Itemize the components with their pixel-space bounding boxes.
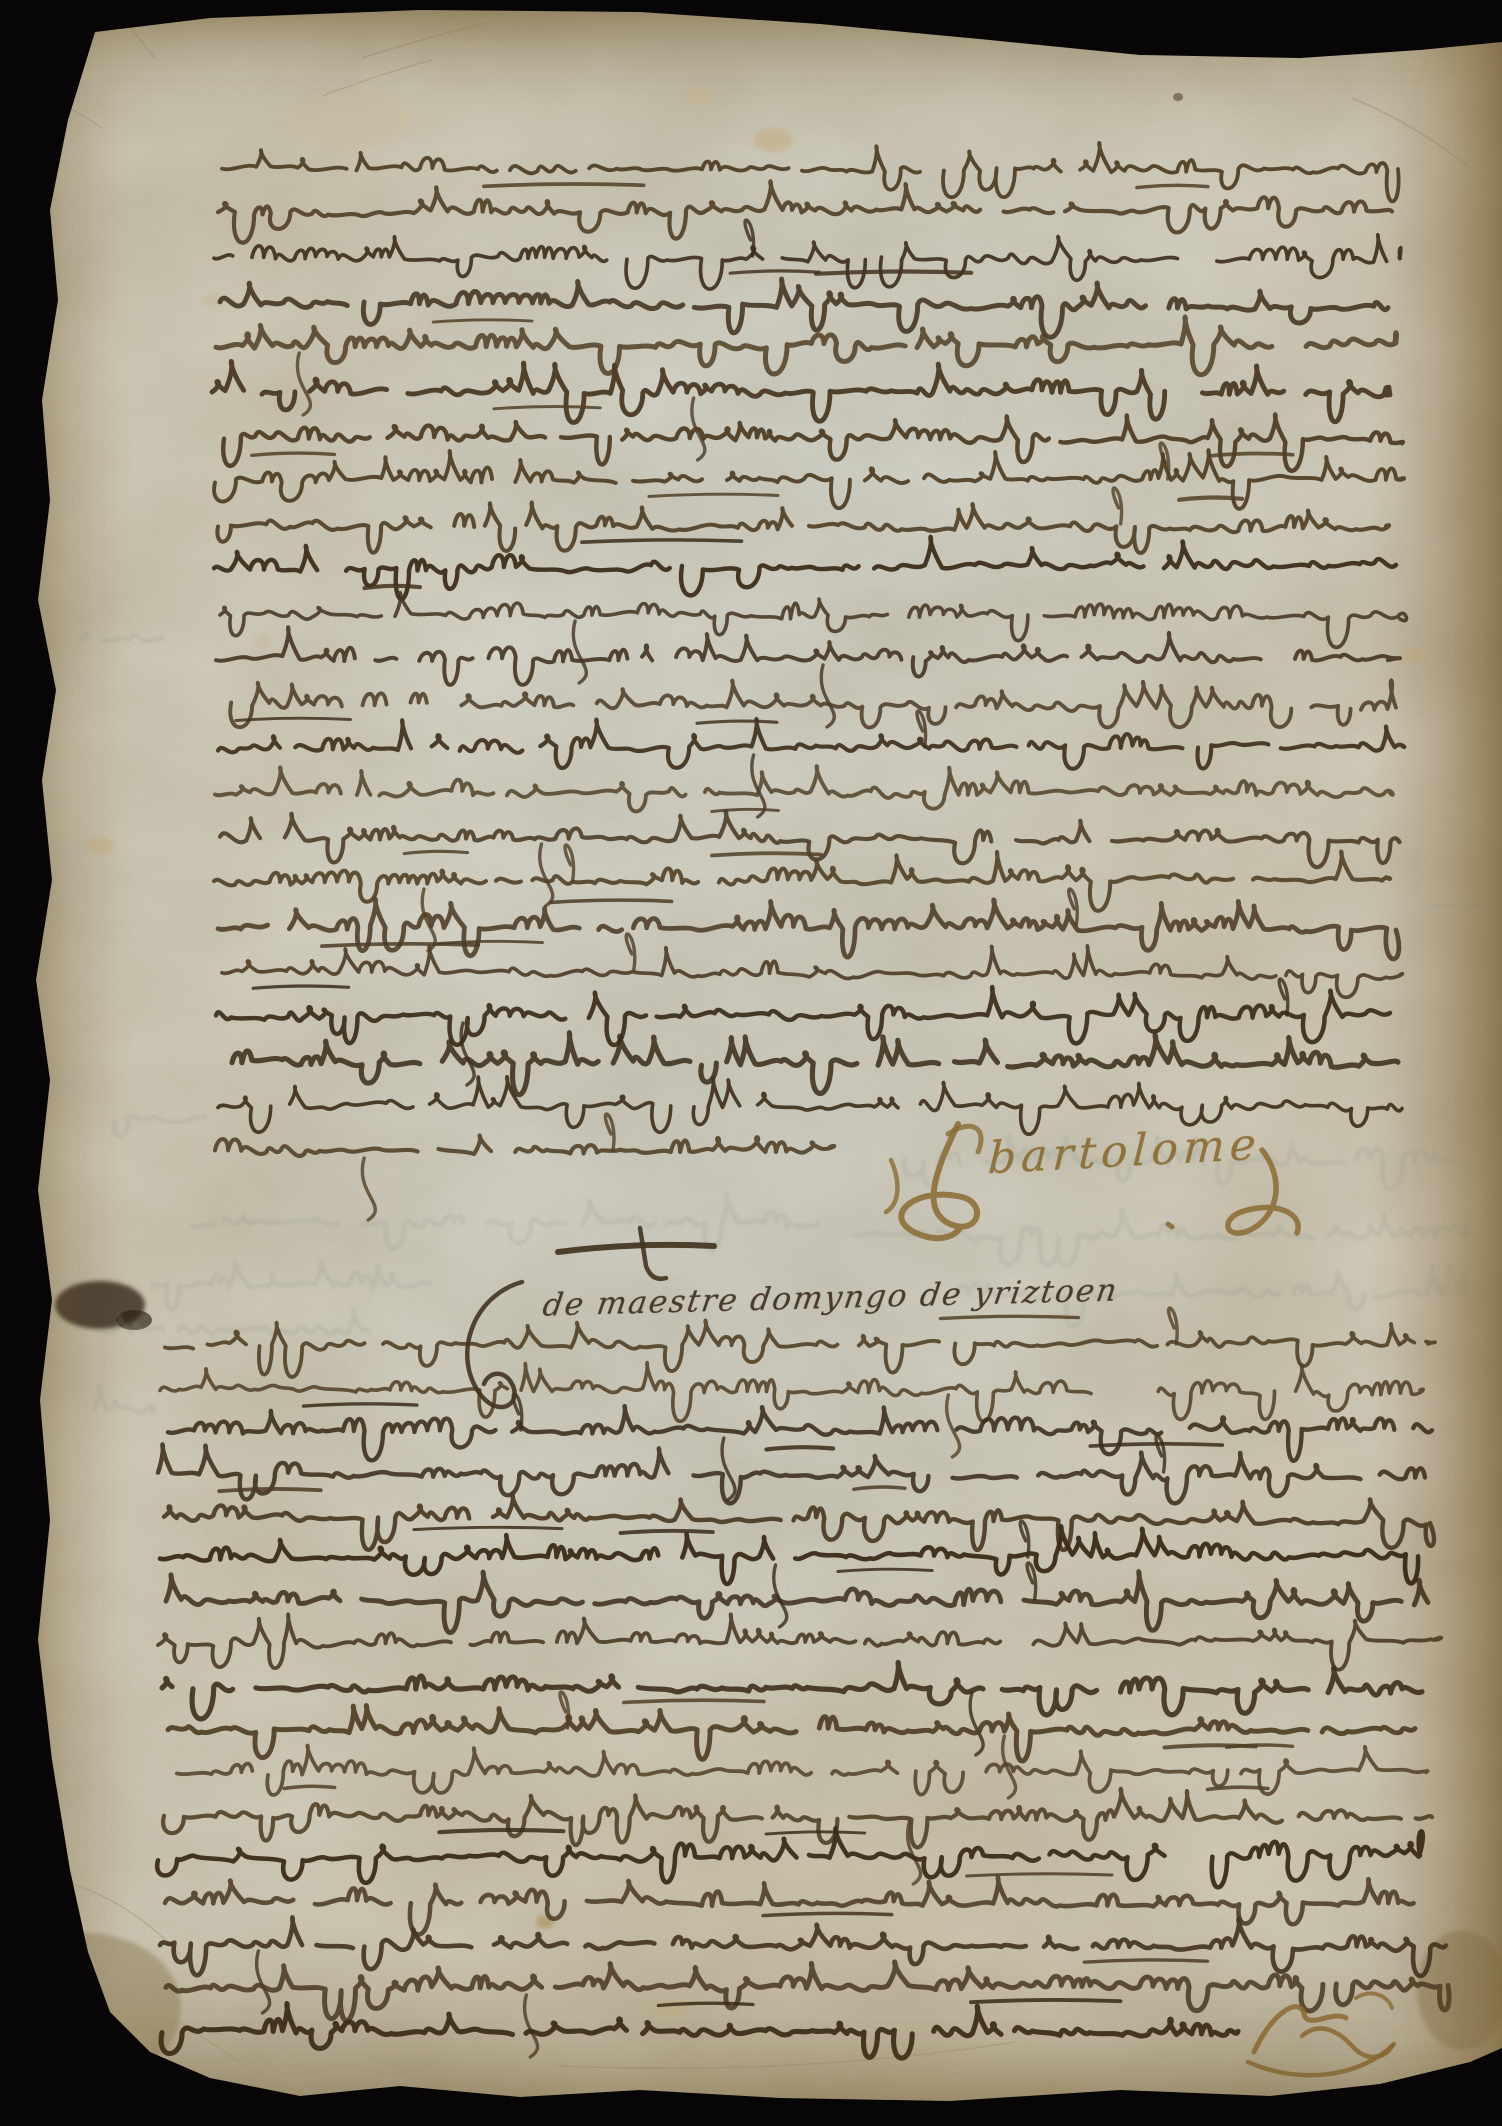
cross-mark-icon [558,1228,714,1279]
handwriting-block-1 [212,143,1406,1220]
section-heading: de maestre domyngo de yriztoen [540,1272,1121,1323]
paper-grain-texture [0,0,1502,2126]
ink-layer [0,0,1502,2126]
heading-flourish [467,1282,522,1407]
crease-layer [45,22,1500,2068]
signature-bartolome: bartolome [987,1119,1262,1184]
stain-layer [0,88,1502,2104]
handwriting-block-2 [157,1308,1449,2058]
manuscript-scan-root: de maestre domyngo de yriztoen bartolome [0,0,1502,2126]
paper-blotch-texture [0,0,1502,2126]
notary-rubric-signature [1248,1993,1394,2075]
paper-texture-overlay [0,0,1502,2126]
manuscript-page: de maestre domyngo de yriztoen bartolome [0,0,1502,2126]
